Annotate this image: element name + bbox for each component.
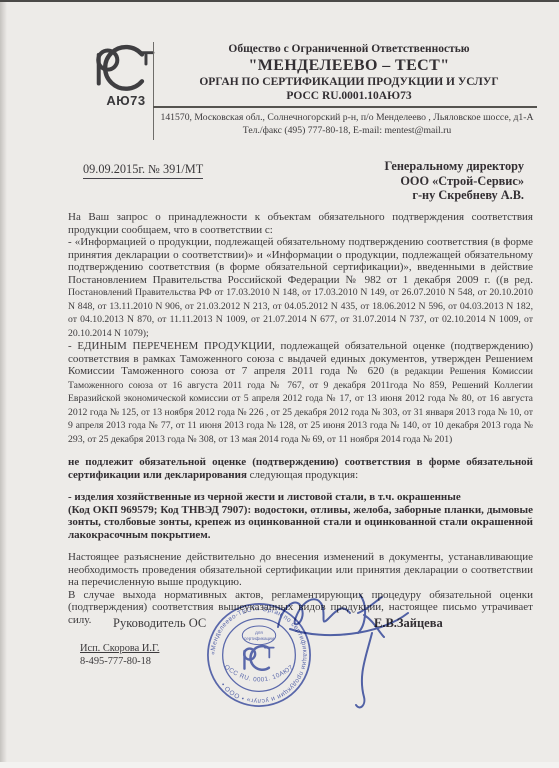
org-name: "МЕНДЕЛЕЕВО – ТЕСТ" [160, 56, 538, 75]
addressee-person: г-ну Скребневу А.В. [384, 188, 524, 203]
org-contacts-line: Тел./факс (495) 777-80-18, E-mail: mente… [155, 124, 539, 137]
header-vertical-divider [153, 42, 154, 140]
paragraph-unified-list: - ЕДИНЫМ ПЕРЕЧЕНЕМ ПРОДУКЦИИ, подлежащей… [68, 340, 533, 446]
handwritten-signature [232, 575, 444, 720]
executor-block: Исп. Скорова И.Г. 8-495-777-80-18 [80, 642, 159, 668]
executor-phone: 8-495-777-80-18 [80, 655, 159, 668]
product-title-text: - изделия хозяйственные из черной жести … [68, 491, 461, 503]
paragraph-intro: На Ваш запрос о принадлежности к объекта… [68, 211, 533, 236]
letterhead: Общество с Ограниченной Ответственностью… [160, 42, 538, 103]
scan-top-edge [0, 0, 559, 2]
org-type: Общество с Ограниченной Ответственностью [160, 42, 538, 56]
p2-amendments-text: Постановлений Правительства РФ от 17.03.… [68, 287, 533, 339]
org-address-line: 141570, Московская обл., Солнечногорский… [155, 111, 539, 124]
certification-mark-block: АЮ73 [86, 42, 166, 108]
paragraph-product-list: - изделия хозяйственные из черной жести … [68, 491, 533, 541]
addressee-block: Генеральному директору ООО «Строй-Сервис… [384, 159, 524, 203]
header-horizontal-rule [153, 106, 537, 108]
signatory-title: Руководитель ОС [113, 616, 206, 631]
scanned-letter-page: АЮ73 Общество с Ограниченной Ответственн… [0, 0, 559, 768]
org-address-block: 141570, Московская обл., Солнечногорский… [155, 111, 539, 137]
org-role: ОРГАН ПО СЕРТИФИКАЦИИ ПРОДУКЦИИ И УСЛУГ [160, 75, 538, 89]
org-registry-number: РОСС RU.0001.10АЮ73 [160, 89, 538, 103]
letter-body: На Ваш запрос о принадлежности к объекта… [68, 211, 533, 626]
paragraph-information-lists: - «Информацией о продукции, подлежащей о… [68, 236, 533, 340]
conclusion-rest-text: следующая продукция: [247, 469, 358, 481]
addressee-position: Генеральному директору [384, 159, 524, 174]
letter-date-number: 09.09.2015г. № 391/МТ [83, 162, 203, 179]
p2-main-text: - «Информацией о продукции, подлежащей о… [68, 236, 533, 286]
rst-certification-mark-icon [93, 42, 159, 92]
intro-text: На Ваш запрос о принадлежности к объекта… [68, 211, 533, 236]
p3-amendments-text: (в редакции Решения Комиссии Таможенного… [68, 366, 533, 445]
paragraph-conclusion: не подлежит обязательной оценке (подтвер… [68, 456, 533, 481]
product-detail-text: (Код ОКП 969579; Код ТНВЭД 7907): водост… [68, 504, 533, 541]
addressee-company: ООО «Строй-Сервис» [384, 174, 524, 189]
executor-name: Исп. Скорова И.Г. [80, 642, 159, 655]
